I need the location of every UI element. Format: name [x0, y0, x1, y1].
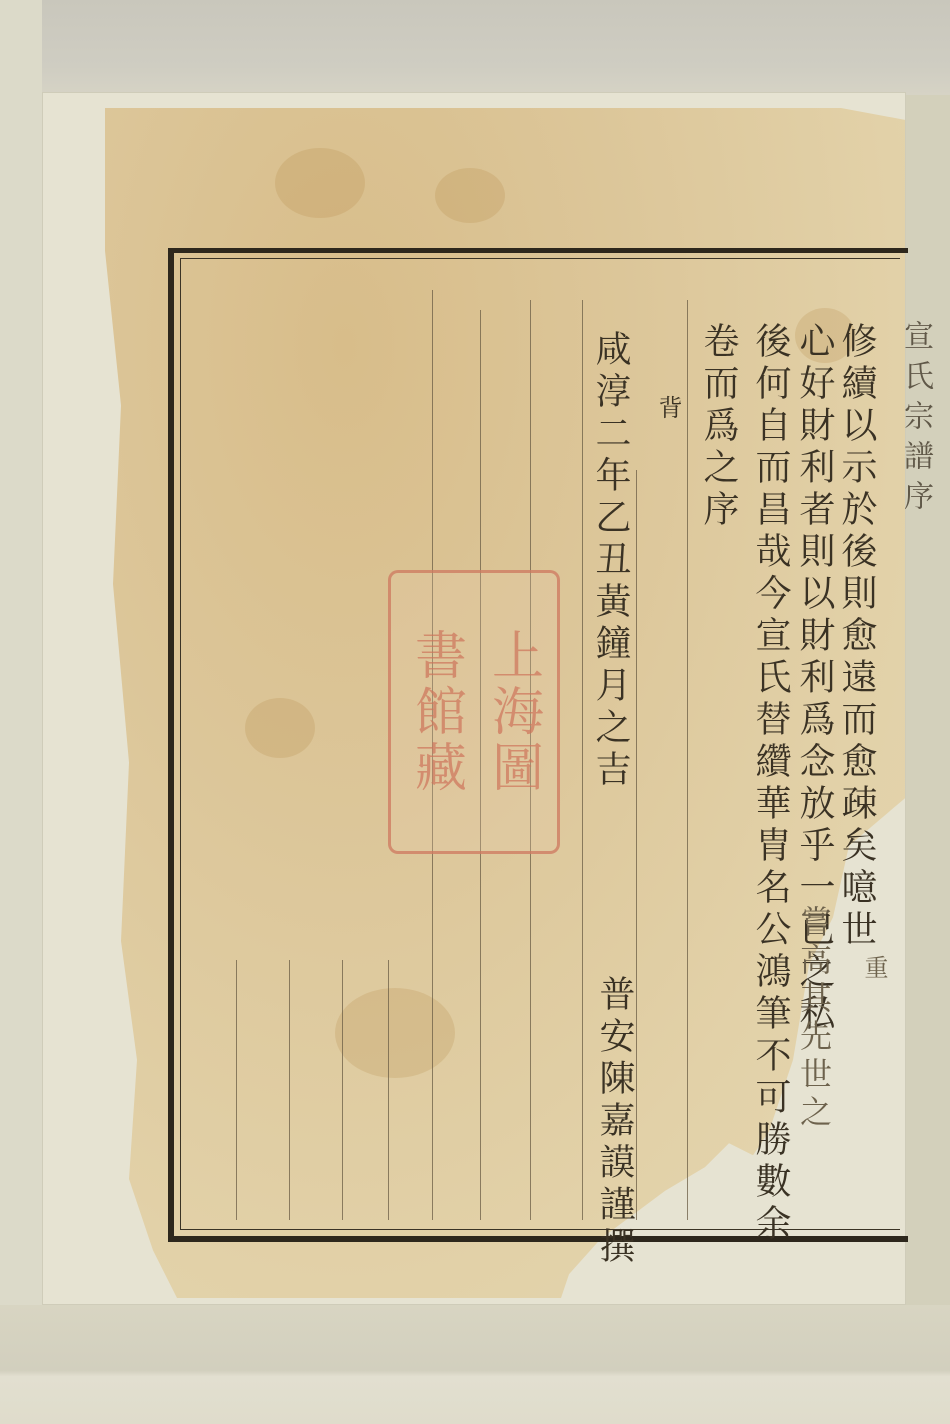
scan-background-left — [0, 0, 42, 1424]
column-rule — [687, 300, 688, 1220]
text-column-5: 背 — [656, 395, 680, 421]
date-column: 咸淳二年乙丑黃鐘月之吉 — [592, 330, 628, 792]
column-rule — [636, 470, 637, 1220]
library-seal: 上海圖 書館藏 — [388, 570, 560, 854]
column-rule — [236, 960, 237, 1220]
text-column-1: 修續以示於後則愈遠而愈疎矣噫世 — [838, 322, 874, 952]
water-stain — [435, 168, 505, 223]
column-rule — [582, 300, 583, 1220]
text-column-3: 後何自而昌哉今宣氏替纘華胄名公鴻筆不可勝數余 — [752, 322, 788, 1246]
text-column-4: 卷而爲之序 — [700, 322, 736, 532]
column-rule — [388, 960, 389, 1220]
column-rule — [342, 960, 343, 1220]
seal-column-right: 上海圖 — [487, 628, 539, 796]
scan-background-top — [0, 0, 950, 95]
scan-background-bottom — [0, 1305, 950, 1424]
scan-background-right — [905, 95, 950, 1305]
text-column-2-lower: 嘗高其先世之 — [798, 905, 830, 1133]
margin-title: 宣氏宗譜序 — [893, 320, 937, 520]
author-column: 普安陳嘉謨謹撰 — [596, 975, 632, 1269]
seal-column-left: 書館藏 — [410, 628, 462, 796]
water-stain — [275, 148, 365, 218]
column-rule — [289, 960, 290, 1220]
text-column-2-side: 重 — [862, 955, 886, 981]
